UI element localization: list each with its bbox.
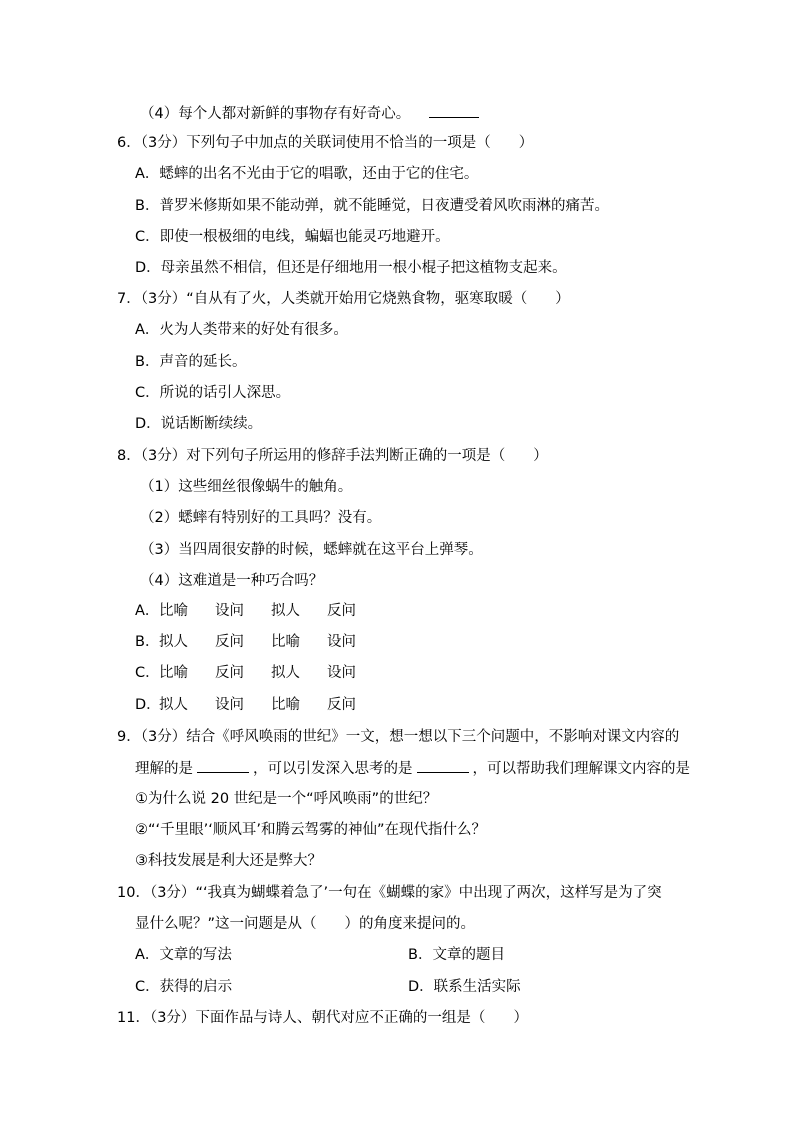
option-col-1: 拟人 bbox=[159, 695, 215, 715]
question-8-stem: 8．（3分）对下列句子所运用的修辞手法判断正确的一项是（） bbox=[117, 446, 548, 466]
q8-item-1: （1）这些细丝很像蜗牛的触角。 bbox=[140, 477, 352, 497]
option-label: B． bbox=[135, 198, 159, 214]
option-col-1: 比喻 bbox=[159, 663, 215, 683]
option-text: 联系生活实际 bbox=[434, 979, 521, 995]
option-label: A． bbox=[135, 947, 159, 963]
option-text: 文章的写法 bbox=[159, 947, 232, 963]
answer-blank-1[interactable] bbox=[197, 758, 249, 773]
option-label: C． bbox=[135, 663, 159, 683]
option-label: D． bbox=[408, 979, 434, 995]
question-score: （3分） bbox=[150, 1010, 195, 1026]
q8-item-3: （3）当四周很安静的时候，蟋蟀就在这平台上弹琴。 bbox=[140, 540, 483, 560]
question-number: 7． bbox=[117, 291, 141, 307]
question-number: 9． bbox=[117, 729, 141, 745]
close-paren: ） bbox=[519, 135, 534, 151]
q9-item-1: ①为什么说 20 世纪是一个“呼风唤雨”的世纪？ bbox=[135, 789, 437, 809]
q10-option-d[interactable]: D．联系生活实际 bbox=[408, 979, 521, 995]
close-paren: ） bbox=[555, 291, 570, 307]
option-label: A． bbox=[135, 601, 159, 621]
q6-option-d[interactable]: D．母亲虽然不相信，但还是仔细地用一根小棍子把这植物支起来。 bbox=[135, 258, 567, 278]
close-paren: ） bbox=[533, 448, 548, 464]
option-label: C． bbox=[135, 229, 160, 245]
question-text: ，可以帮助我们理解课文内容的是 bbox=[473, 761, 691, 777]
option-label: C． bbox=[135, 979, 160, 995]
q8-option-b[interactable]: B．拟人反问比喻设问 bbox=[135, 632, 383, 652]
question-9-stem: 9．（3分）结合《呼风唤雨的世纪》一文，想一想以下三个问题中，不影响对课文内容的 bbox=[117, 727, 679, 747]
option-text: 声音的延长。 bbox=[159, 354, 246, 370]
question-text: 下列句子中加点的关联词使用不恰当的一项是（ bbox=[186, 135, 491, 151]
q9-item-2: ②“‘千里眼’‘顺风耳’和腾云驾雾的神仙”在现代指什么？ bbox=[135, 820, 486, 840]
option-col-2: 设问 bbox=[215, 601, 271, 621]
option-text: 文章的题目 bbox=[432, 947, 505, 963]
q10-option-b[interactable]: B．文章的题目 bbox=[408, 947, 505, 963]
question-score: （3分） bbox=[150, 885, 195, 901]
item-text: ①为什么说 20 世纪是一个“呼风唤雨”的世纪？ bbox=[135, 791, 437, 807]
question-text: ，可以引发深入思考的是 bbox=[253, 761, 413, 777]
question-text: ）的角度来提问的。 bbox=[345, 916, 476, 932]
q5-item-4: （4）每个人都对新鲜的事物存有好奇心。 bbox=[140, 103, 483, 123]
q7-option-a[interactable]: A．火为人类带来的好处有很多。 bbox=[135, 320, 348, 340]
answer-blank-2[interactable] bbox=[417, 758, 469, 773]
q9-item-3: ③科技发展是利大还是弊大？ bbox=[135, 851, 322, 871]
option-col-3: 比喻 bbox=[271, 632, 327, 652]
question-6-stem: 6．（3分）下列句子中加点的关联词使用不恰当的一项是（） bbox=[117, 133, 533, 153]
q7-option-d[interactable]: D．说话断断续续。 bbox=[135, 414, 262, 434]
item-text: （3）当四周很安静的时候，蟋蟀就在这平台上弹琴。 bbox=[140, 542, 483, 558]
question-text: 下面作品与诗人、朝代对应不正确的一组是（ bbox=[195, 1010, 485, 1026]
option-col-2: 反问 bbox=[215, 663, 271, 683]
q10-options-row-2: C．获得的启示D．联系生活实际 bbox=[135, 977, 521, 997]
question-text: 理解的是 bbox=[135, 761, 193, 777]
option-text: 所说的话引人深思。 bbox=[160, 385, 291, 401]
question-score: （3分） bbox=[141, 729, 186, 745]
option-text: 火为人类带来的好处有很多。 bbox=[159, 322, 348, 338]
option-col-3: 比喻 bbox=[271, 695, 327, 715]
option-text: 普罗米修斯如果不能动弹，就不能睡觉，日夜遭受着风吹雨淋的痛苦。 bbox=[159, 198, 609, 214]
q8-item-4: （4）这难道是一种巧合吗？ bbox=[140, 571, 323, 591]
option-col-4: 设问 bbox=[327, 632, 383, 652]
question-score: （3分） bbox=[141, 448, 186, 464]
question-7-stem: 7．（3分）“自从有了火，人类就开始用它烧熟食物，驱寒取暖（） bbox=[117, 289, 570, 309]
option-text: 蟋蟀的出名不光由于它的唱歌，还由于它的住宅。 bbox=[159, 166, 478, 182]
item-text: ③科技发展是利大还是弊大？ bbox=[135, 853, 322, 869]
option-label: C． bbox=[135, 385, 160, 401]
item-text: （2）蟋蟀有特别好的工具吗？没有。 bbox=[140, 510, 381, 526]
question-score: （3分） bbox=[141, 135, 186, 151]
question-11-stem: 11．（3分）下面作品与诗人、朝代对应不正确的一组是（） bbox=[117, 1008, 528, 1028]
question-10-stem-line-2: 显什么呢？”这一问题是从（）的角度来提问的。 bbox=[135, 914, 475, 934]
item-text: ②“‘千里眼’‘顺风耳’和腾云驾雾的神仙”在现代指什么？ bbox=[135, 822, 486, 838]
option-text: 即使一根极细的电线，蝙蝠也能灵巧地避开。 bbox=[160, 229, 450, 245]
item-text: （4）这难道是一种巧合吗？ bbox=[140, 573, 323, 589]
answer-blank[interactable] bbox=[429, 103, 479, 118]
option-col-2: 反问 bbox=[215, 632, 271, 652]
q8-option-a[interactable]: A．比喻设问拟人反问 bbox=[135, 601, 383, 621]
q8-option-d[interactable]: D．拟人设问比喻反问 bbox=[135, 695, 383, 715]
option-text: 说话断断续续。 bbox=[161, 416, 263, 432]
option-label: D． bbox=[135, 695, 159, 715]
question-text: 对下列句子所运用的修辞手法判断正确的一项是（ bbox=[186, 448, 505, 464]
q8-option-c[interactable]: C．比喻反问拟人设问 bbox=[135, 663, 383, 683]
option-col-3: 拟人 bbox=[271, 601, 327, 621]
option-text: 获得的启示 bbox=[160, 979, 233, 995]
question-number: 10． bbox=[117, 885, 150, 901]
option-text: 母亲虽然不相信，但还是仔细地用一根小棍子把这植物支起来。 bbox=[161, 260, 567, 276]
q6-option-c[interactable]: C．即使一根极细的电线，蝙蝠也能灵巧地避开。 bbox=[135, 227, 450, 247]
option-col-3: 拟人 bbox=[271, 663, 327, 683]
q10-options-row-1: A．文章的写法B．文章的题目 bbox=[135, 945, 505, 965]
question-number: 11． bbox=[117, 1010, 150, 1026]
option-col-2: 设问 bbox=[215, 695, 271, 715]
q6-option-b[interactable]: B．普罗米修斯如果不能动弹，就不能睡觉，日夜遭受着风吹雨淋的痛苦。 bbox=[135, 196, 609, 216]
option-label: A． bbox=[135, 166, 159, 182]
q10-option-a[interactable]: A．文章的写法 bbox=[135, 945, 408, 965]
option-col-1: 比喻 bbox=[159, 601, 215, 621]
exam-page: （4）每个人都对新鲜的事物存有好奇心。 6．（3分）下列句子中加点的关联词使用不… bbox=[0, 0, 794, 1123]
option-label: B． bbox=[135, 632, 159, 652]
close-paren: ） bbox=[513, 1010, 528, 1026]
option-col-4: 设问 bbox=[327, 663, 383, 683]
item-text: （1）这些细丝很像蜗牛的触角。 bbox=[140, 479, 352, 495]
q8-item-2: （2）蟋蟀有特别好的工具吗？没有。 bbox=[140, 508, 381, 528]
option-col-4: 反问 bbox=[327, 601, 383, 621]
option-label: A． bbox=[135, 322, 159, 338]
option-label: B． bbox=[135, 354, 159, 370]
option-label: D． bbox=[135, 416, 161, 432]
question-10-stem: 10．（3分）“‘我真为蝴蝶着急了’一句在《蝴蝶的家》中出现了两次，这样写是为了… bbox=[117, 883, 662, 903]
option-col-1: 拟人 bbox=[159, 632, 215, 652]
question-9-stem-line-2: 理解的是，可以引发深入思考的是，可以帮助我们理解课文内容的是 bbox=[135, 758, 690, 778]
question-text: “自从有了火，人类就开始用它烧熟食物，驱寒取暖（ bbox=[186, 291, 527, 307]
question-score: （3分） bbox=[141, 291, 186, 307]
q7-option-b[interactable]: B．声音的延长。 bbox=[135, 352, 246, 372]
option-col-4: 反问 bbox=[327, 695, 383, 715]
q6-option-a[interactable]: A．蟋蟀的出名不光由于它的唱歌，还由于它的住宅。 bbox=[135, 164, 478, 184]
option-label: B． bbox=[408, 947, 432, 963]
q10-option-c[interactable]: C．获得的启示 bbox=[135, 977, 408, 997]
option-label: D． bbox=[135, 260, 161, 276]
question-number: 6． bbox=[117, 135, 141, 151]
question-text: “‘我真为蝴蝶着急了’一句在《蝴蝶的家》中出现了两次，这样写是为了突 bbox=[195, 885, 661, 901]
q5-item-4-text: （4）每个人都对新鲜的事物存有好奇心。 bbox=[140, 106, 410, 122]
question-text: 显什么呢？”这一问题是从（ bbox=[135, 916, 317, 932]
question-text: 结合《呼风唤雨的世纪》一文，想一想以下三个问题中，不影响对课文内容的 bbox=[186, 729, 679, 745]
q7-option-c[interactable]: C．所说的话引人深思。 bbox=[135, 383, 290, 403]
question-number: 8． bbox=[117, 448, 141, 464]
